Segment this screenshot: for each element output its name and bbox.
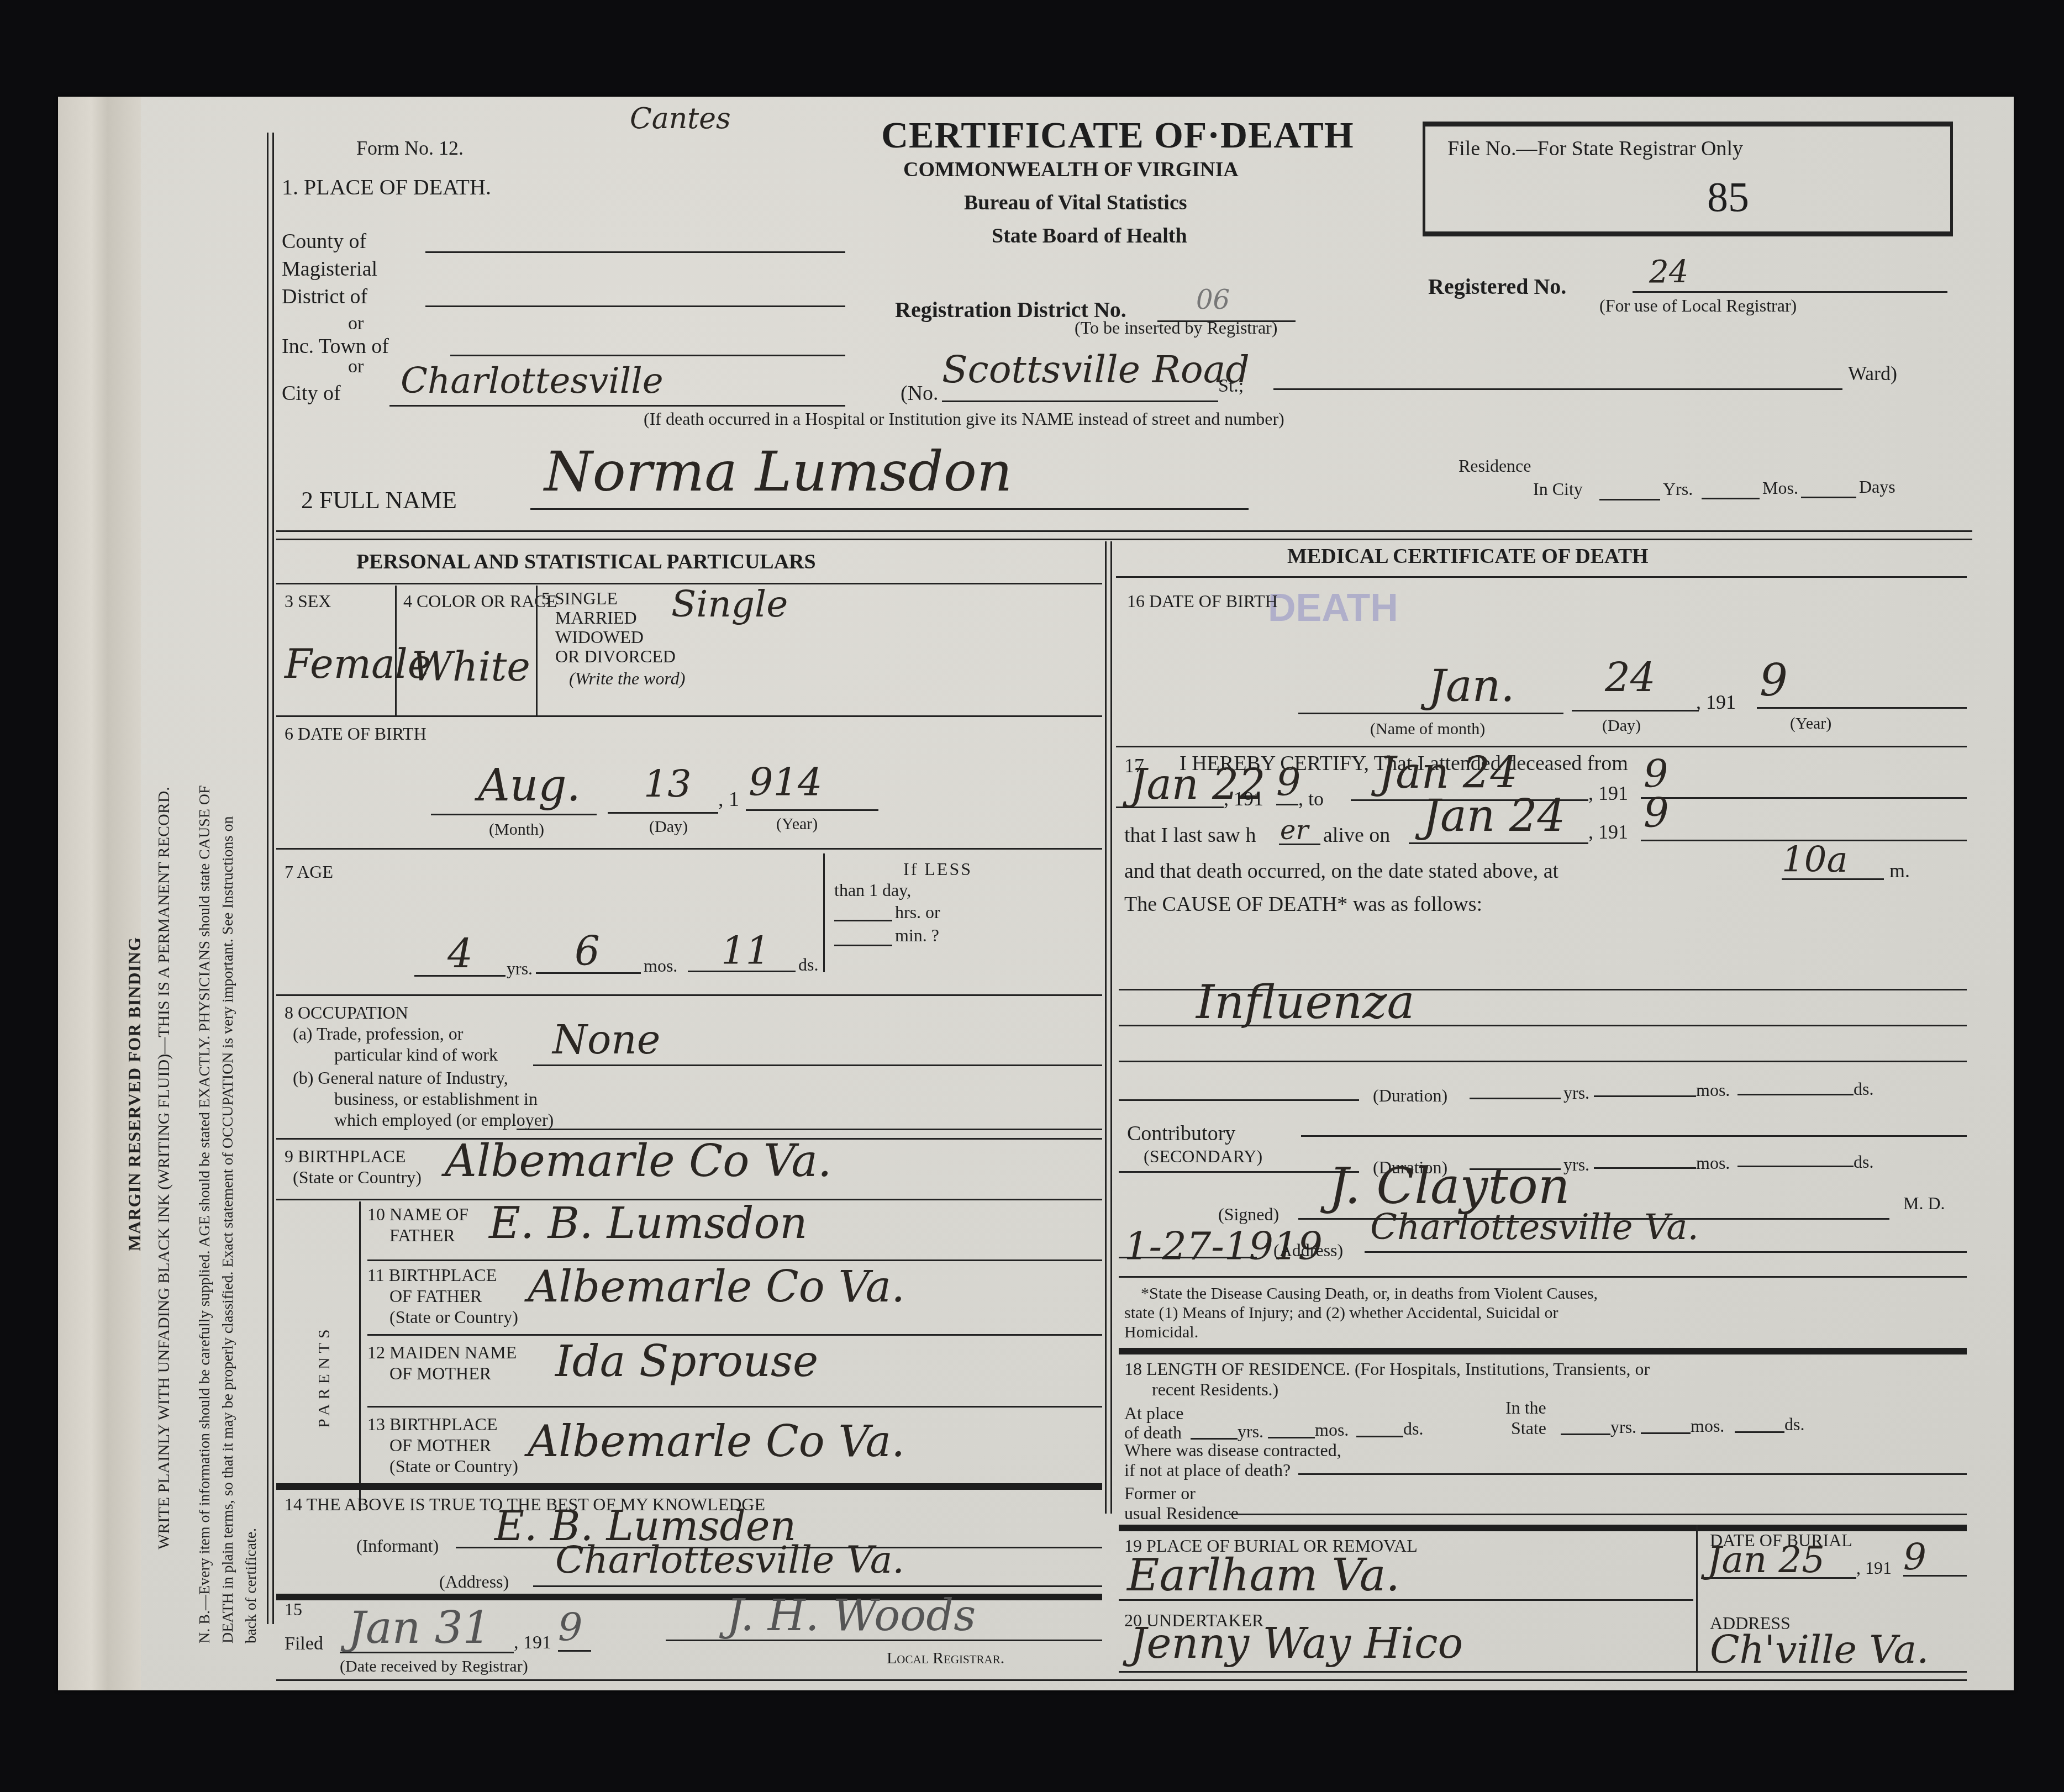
dod-year-field[interactable] [1757, 707, 1967, 709]
contributory-field-2[interactable] [1119, 1171, 1359, 1173]
section-place-of-death: 1. PLACE OF DEATH. [282, 174, 491, 200]
margin-binding-text: MARGIN RESERVED FOR BINDING [124, 937, 145, 1251]
less-than-line-1: If LESS [903, 859, 972, 879]
race-label: 4 COLOR OR RACE [403, 591, 557, 612]
filed-label: Filed [285, 1633, 323, 1654]
divider-race-marital [536, 586, 538, 715]
attended-to-label: , to [1298, 787, 1324, 810]
file-number-label: File No.—For State Registrar Only [1447, 136, 1743, 161]
last-saw-year-prefix: , 191 [1588, 820, 1628, 844]
mother-birthplace-label-2: OF MOTHER [389, 1435, 491, 1456]
inc-town-field[interactable] [450, 355, 845, 356]
dob-year-value: 914 [749, 760, 823, 805]
residence-length-heading-2: recent Residents.) [1152, 1379, 1278, 1400]
divider-name [276, 530, 1972, 532]
divider-medical-heading [1116, 576, 1967, 578]
last-saw-date-field[interactable] [1409, 842, 1588, 844]
residence-yrs-label: Yrs. [1663, 479, 1693, 499]
age-mos-value: 6 [575, 928, 600, 974]
full-name-value: Norma Lumsdon [544, 439, 1012, 504]
where-contracted-field[interactable] [1298, 1473, 1967, 1475]
birthplace-label: 9 BIRTHPLACE [285, 1146, 406, 1167]
form-left-border-inner [272, 133, 274, 1624]
marital-label-married: MARRIED [555, 608, 637, 628]
marital-value: Single [671, 583, 788, 625]
former-residence-field[interactable] [1229, 1514, 1967, 1515]
physician-address-field[interactable] [1365, 1251, 1967, 1253]
father-name-label-2: FATHER [389, 1225, 455, 1246]
registered-number-line [1633, 291, 1947, 293]
full-name-field[interactable] [530, 508, 1249, 510]
burial-year-value: 9 [1903, 1536, 1926, 1578]
occupation-a-line-2: particular kind of work [334, 1045, 498, 1065]
at-place-ds-field[interactable] [1356, 1436, 1403, 1437]
father-birthplace-label-3: (State or Country) [389, 1307, 518, 1327]
informant-address-label: (Address) [439, 1572, 509, 1592]
divider-sex-race [395, 586, 397, 715]
father-name-value: E. B. Lumsdon [489, 1199, 808, 1248]
form-left-border [267, 133, 268, 1624]
dod-day-field[interactable] [1572, 710, 1699, 711]
filed-year-prefix: , 191 [514, 1632, 551, 1653]
registered-number-label: Registered No. [1428, 273, 1566, 299]
at-place-mos-label: mos. [1315, 1420, 1349, 1440]
marital-label-divorced: OR DIVORCED [555, 646, 676, 667]
at-place-label-1: At place [1124, 1403, 1184, 1424]
parents-label: PARENTS [315, 1325, 334, 1428]
less-hrs-field[interactable] [834, 920, 892, 921]
last-saw-date-value: Jan 24 [1423, 790, 1566, 841]
residence-label: Residence [1459, 456, 1531, 476]
city-label: City of [282, 381, 341, 405]
registration-district-value: 06 [1196, 284, 1230, 315]
occupation-a-value: None [552, 1016, 660, 1063]
cause-value: Influenza [1196, 975, 1415, 1029]
alive-on-label: alive on [1323, 823, 1390, 847]
hospital-note: (If death occurred in a Hospital or Inst… [644, 409, 1284, 429]
marital-label-single: 5 SINGLE [541, 588, 618, 609]
county-label: County of [282, 229, 366, 254]
age-yrs-label: yrs. [507, 958, 533, 979]
in-state-ds-field[interactable] [1735, 1431, 1784, 1433]
ward-label: Ward) [1848, 362, 1897, 385]
dod-month-value: Jan. [1428, 660, 1515, 711]
age-yrs-value: 4 [447, 931, 473, 977]
death-time-value: 10a [1782, 840, 1848, 881]
footnote-line-1: *State the Disease Causing Death, or, in… [1141, 1284, 1598, 1303]
age-label: 7 AGE [285, 862, 333, 882]
dob-month-caption: (Month) [489, 820, 544, 839]
street-number-label: (No. [901, 381, 939, 405]
margin-nb-line-2: DEATH in plain terms, so that it may be … [219, 816, 237, 1643]
duration-yrs-field-1[interactable] [1470, 1098, 1561, 1099]
in-state-mos-field[interactable] [1641, 1432, 1691, 1434]
in-state-label: State [1511, 1418, 1546, 1438]
divider-dob [276, 848, 1102, 850]
mother-name-value: Ida Sprouse [555, 1337, 818, 1387]
duration-ds-field-2[interactable] [1737, 1166, 1854, 1167]
local-registrar-label: Local Registrar. [887, 1649, 1004, 1668]
magisterial-label: Magisterial [282, 257, 377, 281]
city-value: Charlottesville [401, 361, 664, 402]
dob-month-field[interactable] [431, 814, 597, 815]
full-name-label: 2 FULL NAME [301, 486, 457, 514]
father-birthplace-label-2: OF FATHER [389, 1286, 482, 1306]
dod-month-field[interactable] [1298, 713, 1563, 714]
column-divider [1105, 541, 1107, 1514]
file-number-value: 85 [1707, 173, 1749, 222]
duration-ds-label-2: ds. [1854, 1152, 1873, 1172]
at-place-yrs-field[interactable] [1191, 1438, 1238, 1440]
bottom-rule [276, 1679, 1967, 1681]
street-suffix-label: St.; [1218, 376, 1244, 397]
duration-mos-label-2: mos. [1696, 1153, 1730, 1173]
district-label: District of [282, 284, 367, 309]
father-name-label-1: 10 NAME OF [367, 1204, 468, 1225]
certificate-subtitle-commonwealth: COMMONWEALTH OF VIRGINIA [903, 157, 1239, 182]
divider-dod [1116, 746, 1967, 747]
at-place-mos-field[interactable] [1268, 1437, 1315, 1438]
death-time-m-label: m. [1889, 859, 1910, 882]
occupation-b-line-2: business, or establishment in [334, 1089, 538, 1109]
undertaker-field[interactable] [1119, 1671, 1967, 1673]
occupation-b-field[interactable] [517, 1129, 1102, 1130]
cause-field-2[interactable] [1119, 1025, 1967, 1026]
filed-year-field[interactable] [558, 1650, 591, 1652]
occupation-b-line-3: which employed (or employer) [334, 1110, 554, 1130]
duration-mos-field-2[interactable] [1594, 1167, 1696, 1169]
residence-mos-field[interactable] [1702, 498, 1760, 499]
signed-label: (Signed) [1218, 1204, 1279, 1225]
dod-year-value: 9 [1760, 655, 1788, 706]
informant-address-value: Charlottesville Va. [555, 1538, 904, 1582]
residence-yrs-field[interactable] [1599, 499, 1660, 500]
md-label: M. D. [1903, 1193, 1945, 1214]
dob-day-value: 13 [644, 762, 692, 806]
secondary-label: (SECONDARY) [1144, 1146, 1262, 1167]
medical-heading: MEDICAL CERTIFICATE OF DEATH [1287, 544, 1649, 568]
in-state-yrs-field[interactable] [1561, 1433, 1610, 1435]
residence-days-field[interactable] [1801, 497, 1856, 498]
divider-burial [1696, 1525, 1698, 1671]
undertaker-address-value: Ch'ville Va. [1710, 1627, 1929, 1672]
residence-in-city-label: In City [1533, 479, 1583, 499]
margin-nb-line-1: N. B.—Every item of information should b… [196, 785, 214, 1643]
mother-birthplace-label-3: (State or Country) [389, 1456, 518, 1477]
filed-year-value: 9 [558, 1605, 583, 1650]
attended-from-year-value: 9 [1276, 760, 1301, 805]
age-ds-label: ds. [798, 955, 818, 975]
father-birthplace-label-1: 11 BIRTHPLACE [367, 1265, 497, 1285]
mother-birthplace-label-1: 13 BIRTHPLACE [367, 1414, 497, 1435]
father-birthplace-value: Albemarle Co Va. [528, 1262, 905, 1312]
dod-year-caption: (Year) [1790, 714, 1831, 733]
cause-field-4[interactable] [1119, 1099, 1359, 1101]
marital-label-widowed: WIDOWED [555, 627, 644, 647]
former-residence-label-1: Former or [1124, 1483, 1196, 1504]
attended-to-year-prefix: , 191 [1588, 782, 1628, 805]
mother-birthplace-value: Albemarle Co Va. [528, 1417, 905, 1467]
residence-days-label: Days [1859, 477, 1895, 497]
attended-to-year-field[interactable] [1641, 797, 1967, 799]
parents-bracket [359, 1201, 361, 1511]
cause-field-3[interactable] [1119, 1061, 1967, 1062]
dob-year-field[interactable] [746, 809, 878, 811]
signature-date-field[interactable] [1119, 1257, 1257, 1258]
physician-address-value: Charlottesville Va. [1370, 1207, 1699, 1248]
certificate-subtitle-bureau: Bureau of Vital Statistics [964, 191, 1187, 215]
annotation-handwriting: Cantes [630, 102, 731, 135]
residence-length-heading: 18 LENGTH OF RESIDENCE. (For Hospitals, … [1124, 1359, 1650, 1379]
occupation-label: 8 OCCUPATION [285, 1003, 408, 1023]
form-number: Form No. 12. [356, 136, 464, 160]
address-label-physician: (Address) [1273, 1240, 1343, 1261]
mother-name-label-2: OF MOTHER [389, 1363, 491, 1384]
dob-year-prefix: , 1 [718, 787, 739, 811]
at-place-ds-label: ds. [1403, 1419, 1423, 1439]
in-state-yrs-label: yrs. [1610, 1417, 1636, 1437]
sex-value: Female [285, 641, 431, 687]
mother-name-label-1: 12 MAIDEN NAME [367, 1342, 517, 1363]
attended-from-year-prefix: , 191 [1224, 787, 1263, 810]
filed-number: 15 [285, 1599, 302, 1620]
certificate-title: CERTIFICATE OF·DEATH [881, 113, 1354, 157]
duration-mos-label-1: mos. [1696, 1080, 1730, 1100]
dob-year-caption: (Year) [776, 815, 818, 834]
death-occurred-label: and that death occurred, on the date sta… [1124, 859, 1558, 883]
less-than-line-3: hrs. or [895, 902, 940, 923]
at-place-yrs-label: yrs. [1238, 1421, 1263, 1442]
residence-mos-label: Mos. [1762, 478, 1798, 498]
personal-heading: PERSONAL AND STATISTICAL PARTICULARS [356, 550, 816, 574]
former-residence-label-2: usual Residence [1124, 1503, 1239, 1524]
registered-number-value: 24 [1649, 254, 1688, 290]
age-ds-value: 11 [721, 928, 770, 973]
duration-ds-field-1[interactable] [1737, 1094, 1854, 1095]
divider-mother-birthplace [276, 1483, 1102, 1490]
death-stamp: DEATH [1268, 586, 1398, 630]
less-than-line-4: min. ? [895, 925, 939, 946]
registered-number-note: (For use of Local Registrar) [1599, 296, 1797, 316]
less-min-field[interactable] [834, 945, 892, 946]
burial-place-value: Earlham Va. [1127, 1549, 1400, 1601]
footnote-line-3: Homicidal. [1124, 1323, 1198, 1342]
footnote-line-2: state (1) Means of Injury; and (2) wheth… [1124, 1304, 1558, 1322]
burial-date-value: Jan 25 [1707, 1538, 1825, 1581]
in-state-ds-label: ds. [1784, 1414, 1804, 1435]
contributory-label: Contributory [1127, 1121, 1235, 1146]
death-certificate: MARGIN RESERVED FOR BINDING WRITE PLAINL… [58, 97, 2014, 1690]
divider-informant [276, 1594, 1102, 1600]
sex-label: 3 SEX [285, 591, 331, 612]
divider-signature [1119, 1276, 1967, 1278]
age-mos-label: mos. [644, 956, 677, 976]
divider-name-2 [276, 539, 1972, 540]
occupation-a-field[interactable] [533, 1064, 1102, 1066]
dod-day-caption: (Day) [1602, 716, 1641, 735]
less-than-line-2: than 1 day, [834, 880, 911, 900]
margin-nb-line-3: back of certificate. [243, 1528, 260, 1643]
divider-footnote [1119, 1348, 1967, 1354]
or-label-2: or [348, 356, 364, 377]
divider-age-less [823, 853, 825, 972]
burial-year-prefix: , 191 [1856, 1558, 1892, 1578]
dod-day-value: 24 [1605, 655, 1656, 701]
occupation-a-line-1: (a) Trade, profession, or [293, 1024, 463, 1044]
dob-month-value: Aug. [478, 760, 581, 811]
duration-yrs-label-1: yrs. [1563, 1083, 1589, 1103]
divider-father-name [367, 1259, 1102, 1261]
street-field[interactable] [942, 400, 1218, 402]
duration-label-1: (Duration) [1373, 1085, 1447, 1106]
local-registrar-signature: J. H. Woods [726, 1591, 976, 1641]
divider-age [276, 994, 1102, 996]
duration-mos-field-1[interactable] [1594, 1095, 1696, 1097]
dod-year-prefix: , 191 [1696, 691, 1736, 714]
column-divider-2 [1110, 541, 1112, 1514]
last-saw-year-value: 9 [1644, 790, 1669, 836]
in-the-label: In the [1505, 1398, 1546, 1418]
divider-father-birthplace [367, 1334, 1102, 1336]
occupation-b-line-1: (b) General nature of Industry, [293, 1068, 508, 1088]
inc-town-label: Inc. Town of [282, 334, 389, 359]
margin-write-plainly-text: WRITE PLAINLY WITH UNFADING BLACK INK (W… [155, 787, 173, 1549]
in-state-mos-label: mos. [1691, 1416, 1724, 1436]
informant-label: (Informant) [356, 1536, 439, 1556]
race-value: White [412, 644, 530, 690]
divider-mother-name [367, 1406, 1102, 1408]
last-saw-label: that I last saw h [1124, 823, 1256, 847]
informant-address-field[interactable] [533, 1585, 1102, 1587]
dod-month-caption: (Name of month) [1370, 720, 1485, 739]
where-contracted-label-2: if not at place of death? [1124, 1460, 1291, 1480]
file-number-box: File No.—For State Registrar Only 85 [1423, 122, 1953, 236]
filed-date-value: Jan 31 [348, 1602, 491, 1653]
marital-note: (Write the word) [569, 668, 685, 689]
birthplace-sublabel: (State or Country) [293, 1167, 422, 1188]
last-saw-pronoun: er [1280, 815, 1308, 846]
certificate-subtitle-board: State Board of Health [992, 224, 1187, 248]
dod-label: 16 DATE OF BIRTH [1127, 591, 1278, 612]
ward-field[interactable] [1273, 388, 1842, 390]
binding-fold [58, 97, 141, 1690]
city-field[interactable] [389, 405, 845, 407]
undertaker-value: Jenny Way Hico [1130, 1619, 1463, 1668]
contributory-field[interactable] [1301, 1135, 1967, 1137]
dob-label: 6 DATE OF BIRTH [285, 724, 427, 744]
dob-day-field[interactable] [608, 812, 718, 814]
divider-marital [276, 715, 1102, 717]
where-contracted-label-1: Where was disease contracted, [1124, 1440, 1341, 1461]
county-field[interactable] [425, 251, 845, 253]
dob-day-caption: (Day) [649, 818, 688, 836]
birthplace-value: Albemarle Co Va. [445, 1135, 831, 1187]
district-field[interactable] [425, 305, 845, 307]
duration-ds-label-1: ds. [1854, 1079, 1873, 1099]
street-value: Scottsville Road [942, 348, 1250, 392]
or-label-1: or [348, 313, 364, 334]
cause-label: The CAUSE OF DEATH* was as follows: [1124, 892, 1482, 916]
filed-note: (Date received by Registrar) [340, 1657, 528, 1676]
registration-district-note: (To be inserted by Registrar) [1075, 318, 1277, 338]
